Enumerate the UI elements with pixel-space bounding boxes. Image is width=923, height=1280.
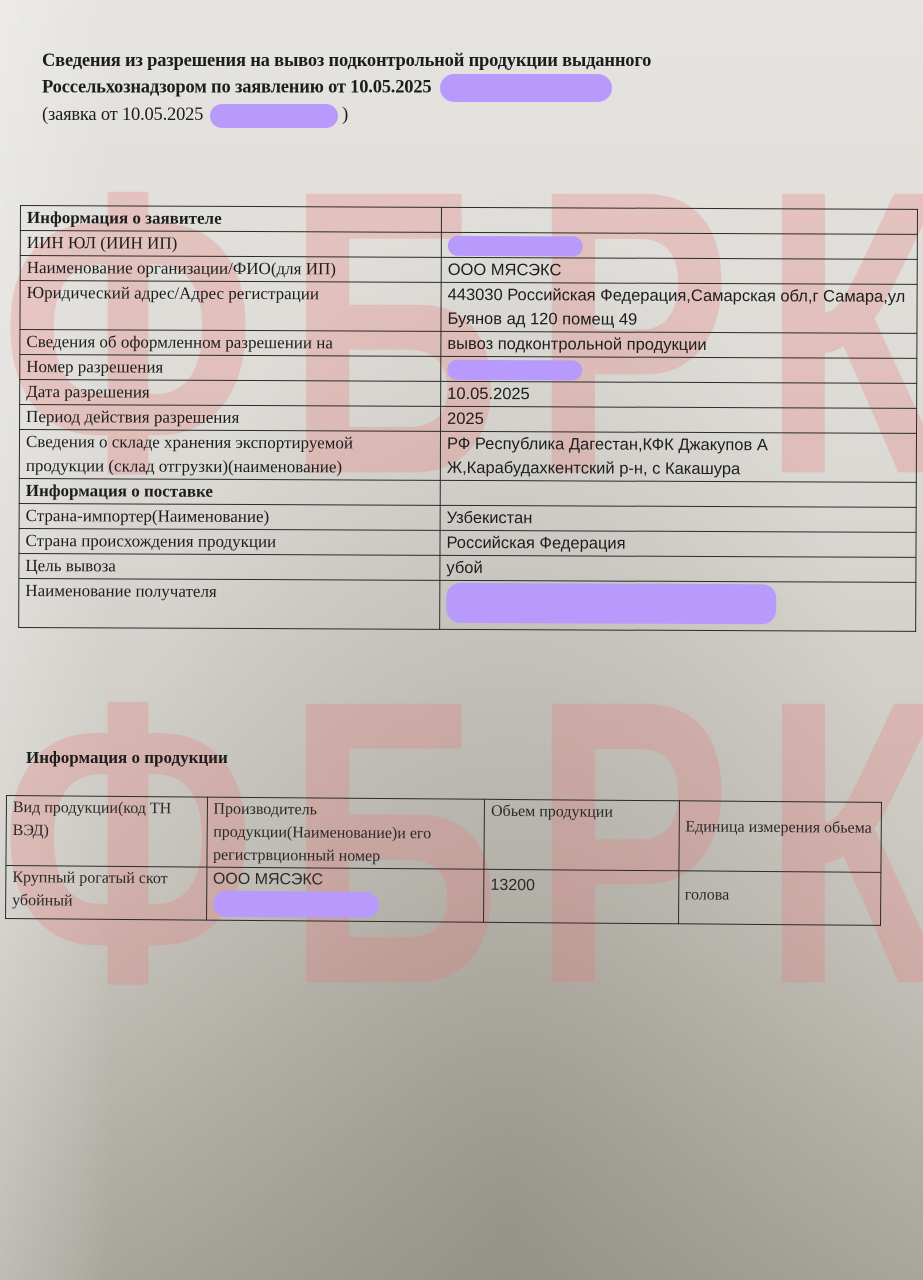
field-label: Страна-импортер(Наименование) [19, 503, 440, 530]
field-label: Дата разрешения [20, 380, 441, 407]
table-row: Сведения о складе хранения экспортируемо… [19, 430, 916, 483]
header-line-2-text: Россельхознадзором по заявлению от 10.05… [42, 77, 431, 97]
field-label: Сведения об оформленном разрешении на [20, 330, 441, 357]
field-label: Цель вывоза [19, 553, 440, 580]
field-label: Номер разрешения [20, 355, 441, 382]
document-header: Сведения из разрешения на вывоз подконтр… [42, 48, 762, 128]
redaction-block [448, 236, 583, 257]
header-unit: Единица измерения обьема [679, 801, 882, 873]
section-heading: Информация о заявителе [20, 206, 441, 233]
field-value: Узбекистан [440, 505, 916, 532]
field-value [440, 580, 916, 631]
field-label: ИИН ЮЛ (ИИН ИП) [20, 231, 441, 258]
redaction-request-number [210, 104, 338, 128]
field-value: 10.05.2025 [441, 381, 917, 408]
table-row: Наименование получателя [19, 578, 916, 631]
field-label: Наименование организации/ФИО(для ИП) [20, 256, 441, 283]
field-label: Наименование получателя [19, 578, 440, 629]
header-line-3: (заявка от 10.05.2025 ) [42, 102, 762, 128]
cell-volume: 13200 [484, 869, 679, 924]
header-producer: Производитель продукции(Наименование)и е… [206, 797, 484, 869]
field-label: Юридический адрес/Адрес регистрации [20, 281, 441, 332]
field-value [440, 480, 916, 507]
field-value: 443030 Российская Федерация,Самарская об… [441, 282, 917, 333]
cell-unit: голова [678, 871, 881, 926]
table-row: Юридический адрес/Адрес регистрации44303… [20, 281, 917, 334]
field-label: Страна происхождения продукции [19, 528, 440, 555]
field-value: 2025 [441, 406, 917, 433]
field-value: вывоз подконтрольной продукции [441, 331, 917, 358]
table-row: Страна происхождения продукцииРоссийская… [19, 528, 916, 557]
paper-shading [0, 0, 923, 1280]
redaction-producer-number [213, 891, 379, 918]
section-row: Информация о поставке [19, 478, 916, 507]
table-row: Сведения об оформленном разрешении навыв… [20, 330, 917, 359]
field-value: убой [440, 555, 916, 582]
applicant-info-table: Информация о заявителеИИН ЮЛ (ИИН ИП)Наи… [18, 205, 918, 632]
field-label: Сведения о складе хранения экспортируемо… [19, 430, 440, 481]
section-row: Информация о заявителе [20, 206, 917, 235]
redaction-block [447, 360, 582, 381]
field-value: ООО МЯСЭКС [441, 257, 917, 284]
header-line-2: Россельхознадзором по заявлению от 10.05… [42, 74, 762, 102]
cell-product-type: Крупный рогатый скот убойный [6, 866, 207, 921]
field-value [441, 207, 917, 234]
table-row: ИИН ЮЛ (ИИН ИП) [20, 231, 917, 260]
field-value: Российская Федерация [440, 530, 916, 557]
redaction-block [446, 583, 776, 624]
header-volume: Обьем продукции [484, 799, 679, 871]
product-table-header-row: Вид продукции(код ТН ВЭД) Производитель … [6, 796, 882, 873]
table-row: Наименование организации/ФИО(для ИП)ООО … [20, 256, 917, 285]
product-section-title: Информация о продукции [26, 748, 228, 768]
field-value [441, 356, 917, 383]
redaction-application-number [440, 74, 612, 102]
table-row: Цель вывозаубой [19, 553, 916, 582]
table-row: Номер разрешения [20, 355, 917, 384]
table-row: Дата разрешения10.05.2025 [20, 380, 917, 409]
table-row: Страна-импортер(Наименование)Узбекистан [19, 503, 916, 532]
product-table-row: Крупный рогатый скот убойный ООО МЯСЭКС … [6, 866, 881, 926]
field-label: Период действия разрешения [20, 405, 441, 432]
cell-producer: ООО МЯСЭКС [206, 867, 484, 922]
producer-name: ООО МЯСЭКС [213, 868, 478, 893]
field-value [441, 232, 917, 259]
table-row: Период действия разрешения2025 [20, 405, 917, 434]
header-line-3-close: ) [342, 105, 348, 125]
header-line-1: Сведения из разрешения на вывоз подконтр… [42, 48, 762, 74]
header-line-3-text: (заявка от 10.05.2025 [42, 105, 203, 125]
field-value: РФ Республика Дагестан,КФК Джакупов А Ж,… [440, 431, 916, 482]
product-info-table: Вид продукции(код ТН ВЭД) Производитель … [5, 795, 882, 926]
header-product-type: Вид продукции(код ТН ВЭД) [6, 796, 207, 868]
section-heading: Информация о поставке [19, 478, 440, 505]
